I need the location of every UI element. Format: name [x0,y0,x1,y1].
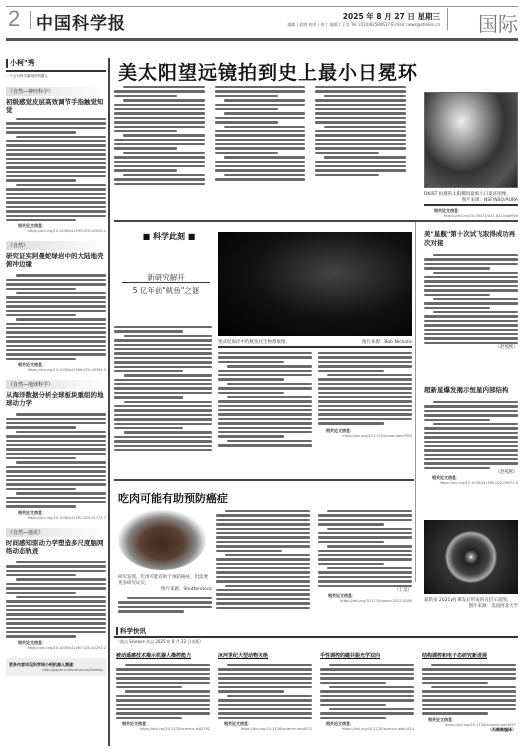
page-number-divider [30,11,31,29]
article-headline[interactable]: 美"星舰"第十次试飞取得成功再次对接 [424,230,518,248]
doi-link[interactable]: https://doi.org/10.1038/s41593-025-02050… [6,229,106,233]
brief-article: 《自然—通讯》 时间感知驱动力学塑造多尺度脑网络动态轨迹 相关论文信息： htt… [6,528,106,650]
column-subtitle: 一个会写科学新闻的机器人 [6,74,106,79]
science-briefs-grid: 被动遥感技术揭示机器人操控能力 相关论文信息： https://doi.org/… [116,652,516,733]
doi-link[interactable]: https://doi.org/10.1038/s41586-025-09371… [424,481,518,485]
meat-body-col1 [118,597,212,613]
steak-image [118,510,206,570]
journal-tag: 《自然—通讯》 [6,528,106,537]
footer-url[interactable]: http://paper.sciencenet.cn/Alnews/ [9,668,103,672]
doi-link[interactable]: https://doi.org/10.1126/science.adw1614 [320,727,414,731]
journal-tag: 《自然》 [6,241,106,250]
brief-article: 《自然—地球科学》 从海洋数据分析全球板块重组的地球动力学 相关论文信息： ht… [6,380,106,520]
squid-creature-image [218,232,412,336]
science-briefs-label: 科学快讯 [120,626,146,635]
masthead-top-rule [6,6,518,7]
meat-body-col2 [216,510,310,609]
brief-article: 《自然》 研究证实阿曼蛇绿岩中的大陆地壳俯冲边缘 相关论文信息： https:/… [6,241,106,372]
right-article-1: 美"星舰"第十次试飞取得成功再次对接 （赵熙熙） [424,230,518,350]
issue-date: 2025 年 8 月 27 日 星期三 [343,11,440,22]
brief-item: 被动遥感技术揭示机器人操控能力 相关论文信息： https://doi.org/… [116,652,210,733]
column-marker [6,59,8,68]
solar-coronal-loop-image [424,92,518,188]
meat-body-col3: （王昊） 相关论文信息： https://doi.org/10.1139/apn… [318,510,412,603]
supernova-shell-image [424,520,518,594]
doi-link[interactable]: https://doi.org/10.1126/sciadv.adw7994 [318,434,412,438]
end-mark: （赵熙熙） [424,344,518,350]
article-headline[interactable]: 超新星爆发揭示恒星内部结构 [424,386,518,395]
science-moment-body-col1 [114,326,212,451]
doi-link[interactable]: https://doi.org/10.3847/2041-8213/adf95e [424,214,518,218]
paper-name: 中国科学报 [36,9,126,34]
brief-item: 手性调控的磁共振光学双向 相关论文信息： https://doi.org/10.… [320,652,414,733]
column-rule [6,70,106,72]
article-headline[interactable]: 从海洋数据分析全球板块重组的地球动力学 [6,391,106,407]
section-rule [114,479,414,481]
science-moment-headline[interactable]: 5 亿年前"鱿鱼"之谜 [118,285,214,296]
contact-info: 编辑 / 赵路 校对 / 何工 编辑 / 王昊 Tel: (010)625806… [287,22,440,28]
article-headline[interactable]: 时间感知驱动力学塑造多尺度脑网络动态轨迹 [6,539,106,555]
section-name: 国际 [478,8,518,37]
science-moment-label: ■ 科学此刻 ■ [128,231,210,242]
column-divider [108,58,110,746]
squid-image-caption: 寒武纪海洋中的鱿鱼状生物想象图。 [218,339,290,345]
end-mark: （冯维维编译） [422,727,516,733]
page-number: 2 [8,8,20,30]
section-rule [114,220,518,222]
column-marker [116,627,118,635]
steak-image-caption: 研究发现，吃肉可能有助于预防癌症，但需要更多研究证实。 [118,574,212,586]
journal-tag: 《自然—神经科学》 [6,87,106,96]
squid-image-credit: 图片来源：Bob Nicholls [330,339,412,345]
article-headline[interactable]: 研究证实阿曼蛇绿岩中的大陆地壳俯冲边缘 [6,252,106,268]
brief-headline[interactable]: 结构调控和电子态研究新进展 [422,652,516,659]
doi-link[interactable]: https://doi.org/10.1038/s41586-025-09394… [6,368,106,372]
lead-headline[interactable]: 美太阳望远镜拍到史上最小日冕环 [118,58,418,85]
supernova-image-credit: 图片来源：美国西北大学 [424,603,518,609]
xiaoke-column: 小柯"秀 一个会写科学新闻的机器人 《自然—神经科学》 初级感觉皮层高效调节手指… [6,58,106,676]
brief-headline[interactable]: 手性调控的磁共振光学双向 [320,652,414,659]
block-marker: ■ [143,232,153,241]
journal-tag: 《自然—地球科学》 [6,380,106,389]
doi-link[interactable]: https://doi.org/10.1038/s41561-025-01772… [6,516,106,520]
lead-image-credit: 图片来源：NSF/NSO/AURA [424,197,518,203]
headline-rule [122,282,210,283]
science-moment-body-col3: 相关论文信息： https://doi.org/10.1126/sciadv.a… [318,352,412,438]
brief-headline[interactable]: 被动遥感技术揭示机器人操控能力 [116,652,210,659]
lead-body [114,86,406,185]
meat-headline[interactable]: 吃肉可能有助预防癌症 [118,490,228,506]
article-headline[interactable]: 初级感觉皮层高效调节手指触觉知觉 [6,98,106,114]
right-article-2: 超新星爆发揭示恒星内部结构 （赵熙熙） 相关论文信息： https://doi.… [424,386,518,485]
steak-image-credit: 图片来源：Shutterstock [118,586,212,592]
column-divider [415,222,416,582]
section-rule [114,636,518,638]
section-divider [447,8,448,30]
column-title: 小柯"秀 [10,58,35,68]
doi-link[interactable]: https://doi.org/10.1139/apnm-2025-0088 [318,599,412,603]
xiaoke-footer: 更多内容详见科学网小柯机器人频道： http://paper.sciencene… [6,658,106,676]
science-moment-body-col2 [218,352,312,447]
block-marker: ■ [185,232,195,241]
source-note: （选自 Science 杂志 2025 年 8 月 22 日出版） [116,639,204,645]
caption-rule [218,346,412,348]
doi-link[interactable]: https://doi.org/10.1126/science.adv9072 [218,727,312,731]
science-briefs-header: 科学快讯 [116,626,146,635]
masthead-bottom-rule [6,38,518,41]
brief-item: 结构调控和电子态研究新进展 相关论文信息： https://doi.org/10… [422,652,516,733]
caption-rule [424,204,518,206]
doi-link[interactable]: https://doi.org/10.1038/s41467-025-62292… [6,646,106,650]
brief-headline[interactable]: 冰河世纪大型动物灭绝 [218,652,312,659]
doi-link[interactable]: https://doi.org/10.1126/science.adt2792 [116,727,210,731]
brief-item: 冰河世纪大型动物灭绝 相关论文信息： https://doi.org/10.11… [218,652,312,733]
brief-article: 《自然—神经科学》 初级感觉皮层高效调节手指触觉知觉 相关论文信息： https… [6,87,106,233]
